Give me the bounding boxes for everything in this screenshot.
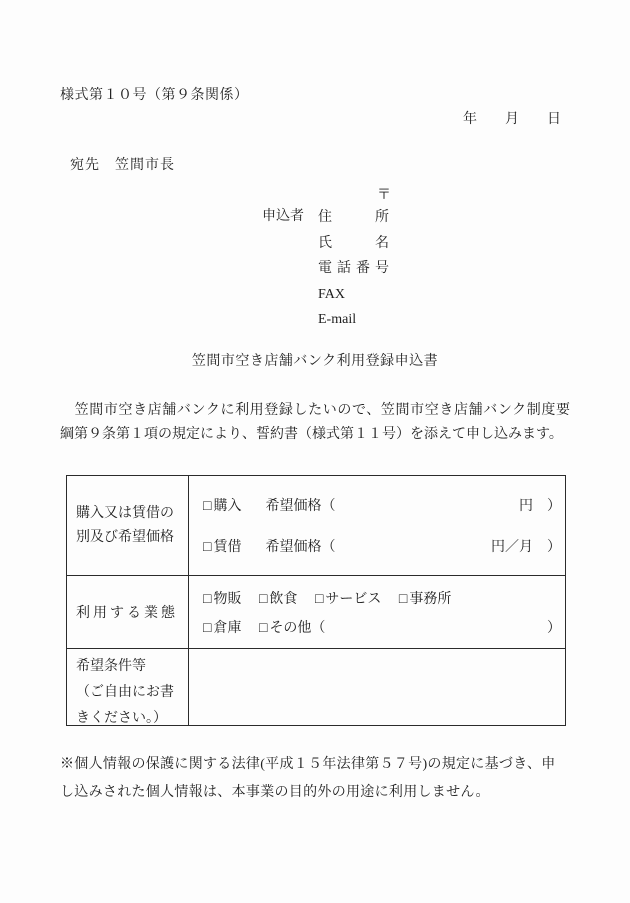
- option-label-warehouse: 倉庫: [213, 621, 241, 636]
- option-label-other: その他（: [269, 621, 325, 636]
- body-line-1: 笠間市空き店舗バンクに利用登録したいので、笠間市空き店舗バンク制度要: [60, 399, 570, 423]
- privacy-note-line-2: し込みされた個人情報は、本事業の目的外の用途に利用しません。: [60, 779, 572, 807]
- field-name-label: 氏 名: [318, 231, 389, 257]
- checkbox-restaurant: □: [259, 592, 267, 607]
- privacy-note: ※個人情報の保護に関する法律(平成１５年法律第５７号)の規定に基づき、申 し込み…: [60, 751, 572, 806]
- free-text-area: [189, 649, 565, 725]
- checkbox-other: □: [259, 621, 267, 636]
- price-unit-purchase: 円 ）: [519, 495, 561, 515]
- checkbox-service: □: [315, 592, 323, 607]
- table-row-business-type: 利用する業態 □物販 □飲食 □サービス □事務所 □倉庫 □その他（ ）: [67, 576, 565, 649]
- postal-mark: 〒: [377, 184, 391, 204]
- option-label-retail: 物販: [213, 592, 241, 607]
- checkbox-office: □: [399, 592, 407, 607]
- body-line-2: 綱第９条第１項の規定により、誓約書（様式第１１号）を添えて申し込みます。: [60, 423, 570, 447]
- row-header-desired-conditions: 希望条件等 （ご自由にお書 きください。）: [67, 649, 189, 725]
- document-page: 様式第１０号（第９条関係） 年 月 日 宛先 笠間市長 〒 申込者 住 所 氏 …: [0, 0, 630, 903]
- applicant-fields: 住 所 氏 名 電話番号 FAX E-mail: [318, 205, 389, 333]
- field-address-label: 住 所: [318, 205, 389, 231]
- application-table: 購入又は賃借の 別及び希望価格 □購入希望価格（ 円 ） □賃借希望価格（ 円／…: [66, 475, 566, 726]
- lease-option-line: □賃借希望価格（ 円／月 ）: [203, 536, 561, 556]
- price-label-purchase: 希望価格（: [265, 499, 335, 514]
- option-label-purchase: 購入: [213, 499, 241, 514]
- checkbox-retail: □: [203, 592, 211, 607]
- business-options-line-1: □物販 □飲食 □サービス □事務所: [203, 588, 561, 608]
- body-paragraph: 笠間市空き店舗バンクに利用登録したいので、笠間市空き店舗バンク制度要 綱第９条第…: [60, 399, 570, 447]
- date-line: 年 月 日: [463, 108, 561, 128]
- price-unit-lease: 円／月 ）: [491, 536, 561, 556]
- document-title: 笠間市空き店舗バンク利用登録申込書: [0, 350, 630, 370]
- row-header-purchase-or-lease: 購入又は賃借の 別及び希望価格: [67, 476, 189, 575]
- business-type-cell: □物販 □飲食 □サービス □事務所 □倉庫 □その他（ ）: [189, 576, 565, 648]
- purchase-lease-cell: □購入希望価格（ 円 ） □賃借希望価格（ 円／月 ）: [189, 476, 565, 575]
- option-label-service: サービス: [325, 592, 381, 607]
- row-header-business-type: 利用する業態: [67, 576, 189, 648]
- table-row-price: 購入又は賃借の 別及び希望価格 □購入希望価格（ 円 ） □賃借希望価格（ 円／…: [67, 476, 565, 576]
- form-number: 様式第１０号（第９条関係）: [60, 84, 249, 104]
- checkbox-warehouse: □: [203, 621, 211, 636]
- table-row-conditions: 希望条件等 （ご自由にお書 きください。）: [67, 649, 565, 725]
- option-label-office: 事務所: [409, 592, 451, 607]
- field-phone-label: 電話番号: [318, 256, 389, 282]
- other-close-paren: ）: [547, 617, 561, 637]
- field-fax-label: FAX: [318, 282, 389, 308]
- addressee: 宛先 笠間市長: [70, 154, 175, 174]
- field-email-label: E-mail: [318, 307, 389, 333]
- checkbox-lease: □: [203, 540, 211, 555]
- checkbox-purchase: □: [203, 499, 211, 514]
- price-label-lease: 希望価格（: [265, 540, 335, 555]
- business-options-line-2: □倉庫 □その他（ ）: [203, 617, 561, 637]
- option-label-lease: 賃借: [213, 540, 241, 555]
- purchase-option-line: □購入希望価格（ 円 ）: [203, 495, 561, 515]
- applicant-label: 申込者: [262, 205, 304, 225]
- option-label-restaurant: 飲食: [269, 592, 297, 607]
- privacy-note-line-1: ※個人情報の保護に関する法律(平成１５年法律第５７号)の規定に基づき、申: [60, 751, 572, 779]
